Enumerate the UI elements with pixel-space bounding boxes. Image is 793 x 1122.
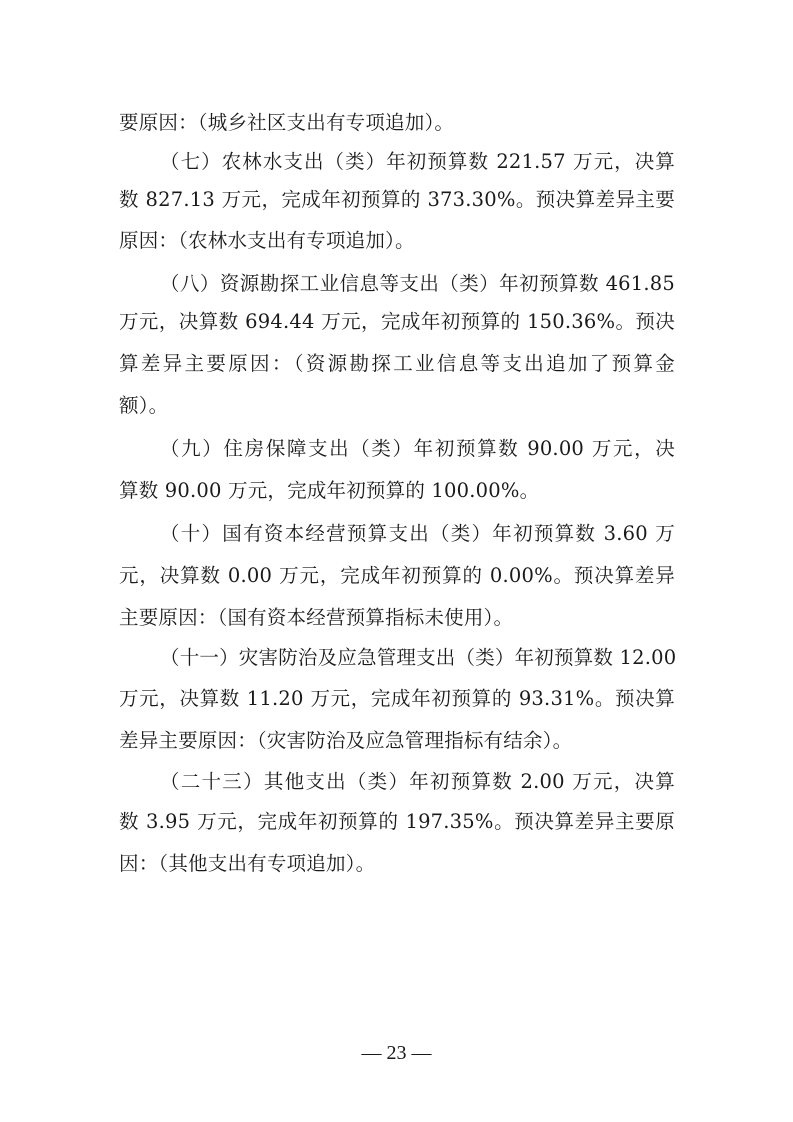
paragraph-line: 万元，决算数 11.20 万元，完成年初预算的 93.31%。预决算 <box>119 684 675 714</box>
paragraph-line: （十）国有资本经营预算支出（类）年初预算数 3.60 万 <box>160 519 675 549</box>
paragraph-line: （八）资源勘探工业信息等支出（类）年初预算数 461.85 <box>160 269 675 299</box>
paragraph-line: 数 3.95 万元，完成年初预算的 197.35%。预决算差异主要原 <box>119 807 675 837</box>
paragraph-line: 因：（其他支出有专项追加）。 <box>119 849 675 879</box>
page-number: — 23 — <box>0 1040 793 1066</box>
paragraph-line: （二十三）其他支出（类）年初预算数 2.00 万元，决算 <box>160 767 675 797</box>
paragraph-line: 主要原因：（国有资本经营预算指标未使用）。 <box>119 603 675 633</box>
paragraph-line: 差异主要原因：（灾害防治及应急管理指标有结余）。 <box>119 726 675 756</box>
paragraph-line: 要原因：（城乡社区支出有专项追加）。 <box>119 108 675 138</box>
paragraph-line: 原因：（农林水支出有专项追加）。 <box>119 226 675 256</box>
paragraph-line: 元，决算数 0.00 万元，完成年初预算的 0.00%。预决算差异 <box>119 561 675 591</box>
paragraph-line: 算数 90.00 万元，完成年初预算的 100.00%。 <box>119 476 675 506</box>
paragraph-line: （七）农林水支出（类）年初预算数 221.57 万元，决算 <box>160 147 675 177</box>
paragraph-line: 额）。 <box>119 391 675 421</box>
document-page: 要原因：（城乡社区支出有专项追加）。 （七）农林水支出（类）年初预算数 221.… <box>0 0 793 1122</box>
paragraph-line: 万元，决算数 694.44 万元，完成年初预算的 150.36%。预决 <box>119 307 675 337</box>
paragraph-line: （九）住房保障支出（类）年初预算数 90.00 万元，决 <box>160 434 675 464</box>
paragraph-line: （十一）灾害防治及应急管理支出（类）年初预算数 12.00 <box>160 643 675 673</box>
paragraph-line: 算差异主要原因：（资源勘探工业信息等支出追加了预算金 <box>119 349 675 379</box>
paragraph-line: 数 827.13 万元，完成年初预算的 373.30%。预决算差异主要 <box>119 185 675 215</box>
